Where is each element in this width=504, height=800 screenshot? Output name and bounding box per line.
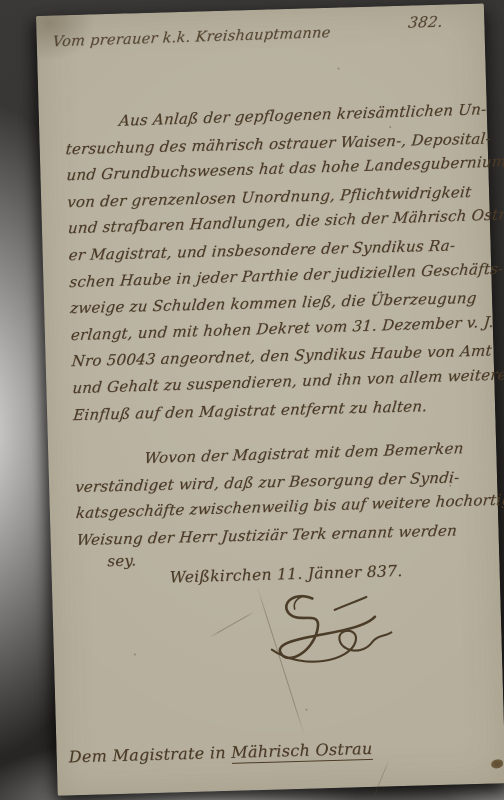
dateline: Weißkirchen 11. Jänner 837.: [169, 562, 402, 586]
photo-backdrop: Vom prerauer k.k. Kreishauptmanne 382. A…: [0, 0, 504, 800]
paper-speckle: [134, 653, 136, 655]
body-paragraph-2: Wovon der Magistrat mit dem Bemerkenvers…: [74, 435, 493, 553]
ink-stain: [491, 759, 503, 768]
page-number: 382.: [407, 13, 444, 32]
paper-speckle: [162, 223, 164, 225]
paper-speckle: [389, 126, 391, 128]
document-header: Vom prerauer k.k. Kreishauptmanne: [52, 25, 331, 50]
closing-word: sey.: [107, 551, 137, 570]
address-line: Dem Magistrate in Mährisch Ostrau: [68, 739, 372, 766]
body-paragraph-1: Aus Anlaß der gepflogenen kreisämtlichen…: [65, 98, 490, 429]
paper-crease: [209, 611, 255, 638]
address-prefix: Dem Magistrate in: [68, 743, 231, 767]
paper-speckle: [449, 485, 451, 487]
paper-speckle: [338, 68, 340, 70]
paper-speckle: [305, 709, 307, 711]
paper-crease: [371, 760, 389, 800]
manuscript-paper: Vom prerauer k.k. Kreishauptmanne 382. A…: [36, 3, 504, 795]
address-emphasis: Mährisch Ostrau: [231, 739, 373, 764]
